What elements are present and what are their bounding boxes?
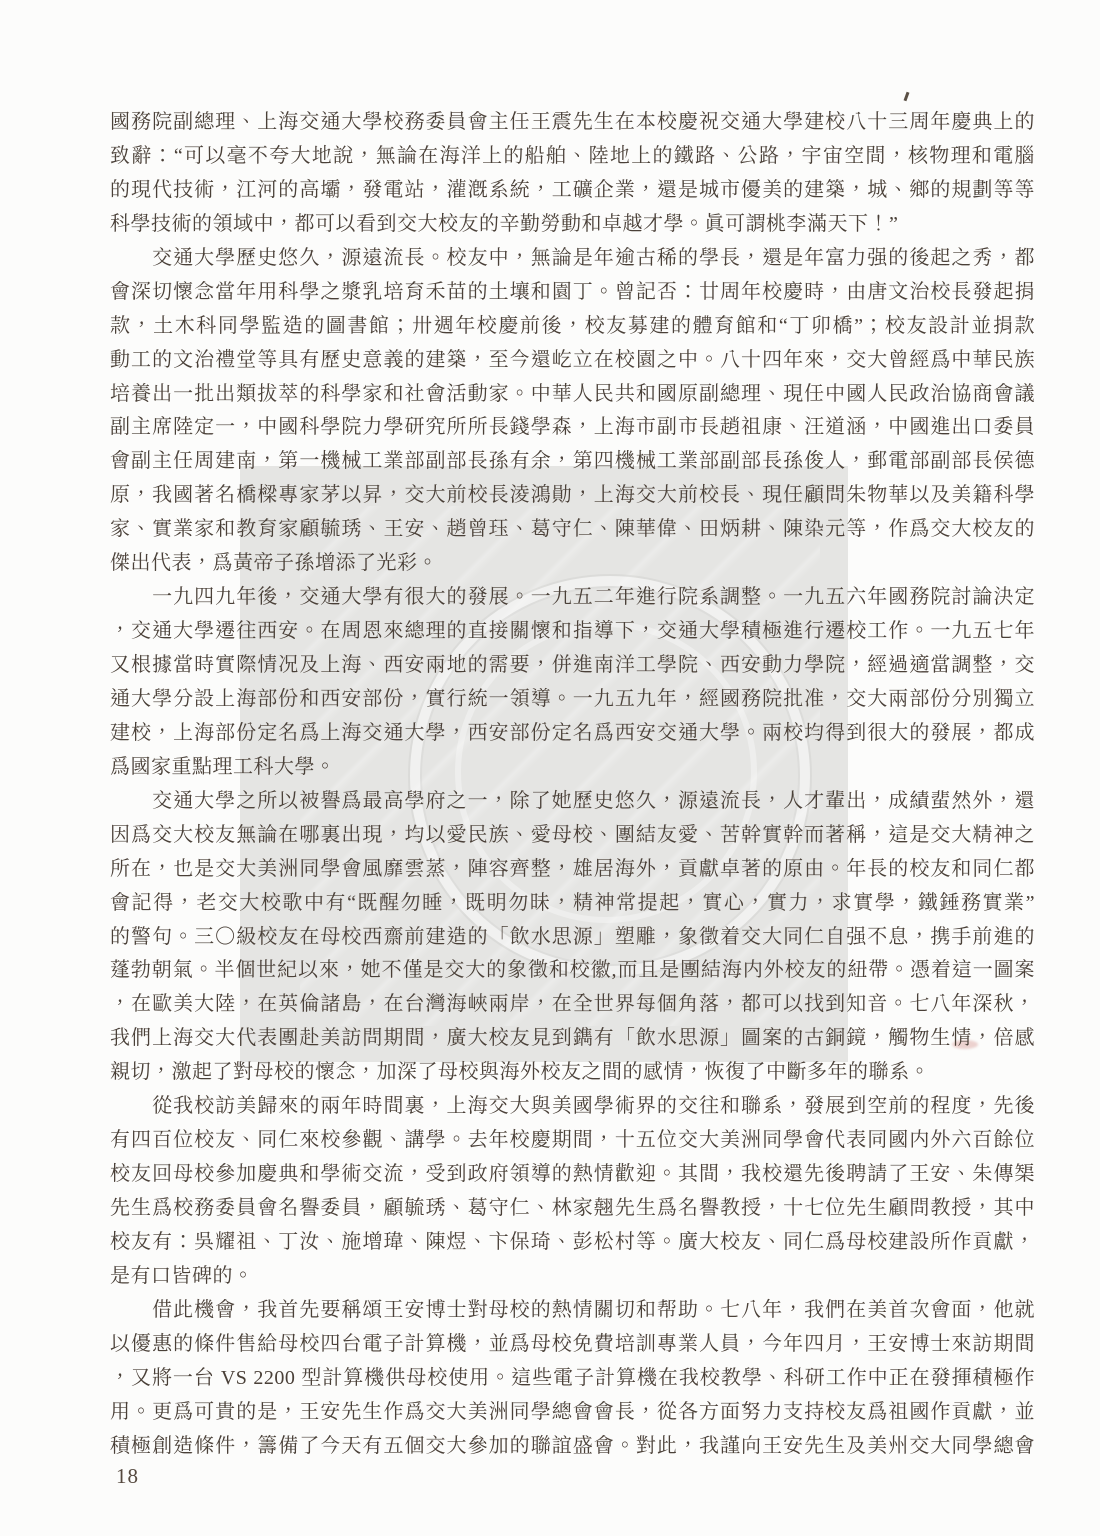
text-line: 通大學分設上海部份和西安部份，實行統一領導。一九五九年，經國務院批准，交大兩部份… [110,683,1035,717]
text-line: ，又將一台 VS 2200 型計算機供母校使用。這些電子計算機在我校教學、科研工… [110,1362,1035,1396]
text-line: 又根據當時實際情况及上海、西安兩地的需要，併進南洋工學院、西安動力學院，經過適當… [110,649,1035,683]
text-line: 所在，也是交大美洲同學會風靡雲蒸，陣容齊整，雄居海外，貢獻卓著的原由。年長的校友… [110,853,1035,887]
text-line: 借此機會，我首先要稱頌王安博士對母校的熱情關切和帮助。七八年，我們在美首次會面，… [110,1294,1035,1328]
text-line: 款，土木科同學監造的圖書館；卅週年校慶前後，校友募建的體育館和“丁卯橋”；校友設… [110,310,1035,344]
text-line: 家、實業家和教育家顧毓琇、王安、趙曾珏、葛守仁、陳華偉、田炳耕、陳染元等，作爲交… [110,513,1035,547]
text-line: 我們上海交大代表團赴美訪問期間，廣大校友見到鐫有「飲水思源」圖案的古銅鏡，觸物生… [110,1022,1035,1056]
text-line: 的警句。三〇級校友在母校西齋前建造的「飲水思源」塑雕，象徵着交大同仁自强不息，携… [110,921,1035,955]
text-line: 副主席陸定一，中國科學院力學研究所所長錢學森，上海市副市長趙祖康、汪道涵，中國進… [110,411,1035,445]
page-number: 18 [116,1464,139,1489]
scan-speck-artifact [904,92,910,101]
text-line: 傑出代表，爲黃帝子孫增添了光彩。 [110,547,1035,581]
text-line: 一九四九年後，交通大學有很大的發展。一九五二年進行院系調整。一九五六年國務院討論… [110,581,1035,615]
text-line: 會副主任周建南，第一機械工業部副部長孫有余，第四機械工業部副部長孫俊人，郵電部副… [110,445,1035,479]
text-line: 蓬勃朝氣。半個世紀以來，她不僅是交大的象徵和校徽,而且是團結海内外校友的紐帶。憑… [110,954,1035,988]
text-line: 有四百位校友、同仁來校參觀、講學。去年校慶期間，十五位交大美洲同學會代表同國内外… [110,1124,1035,1158]
text-line: 從我校訪美歸來的兩年時間裏，上海交大與美國學術界的交往和聯系，發展到空前的程度，… [110,1090,1035,1124]
text-line: 是有口皆碑的。 [110,1260,1035,1294]
text-line: 會記得，老交大校歌中有“既醒勿睡，既明勿昧，精神常提起，實心，實力，求實學，鐵錘… [110,887,1035,921]
text-line: 交通大學歷史悠久，源遠流長。校友中，無論是年逾古稀的學長，還是年富力强的後起之秀… [110,242,1035,276]
text-line: 國務院副總理、上海交通大學校務委員會主任王震先生在本校慶祝交通大學建校八十三周年… [110,106,1035,140]
text-line: 校友回母校參加慶典和學術交流，受到政府領導的熱情歡迎。其間，我校還先後聘請了王安… [110,1158,1035,1192]
text-line: 原，我國著名橋樑專家茅以昇，交大前校長淩鴻勛，上海交大前校長、現任顧問朱物華以及… [110,479,1035,513]
text-line: 的現代技術，江河的高壩，發電站，灌漑系統，工礦企業，還是城市優美的建築，城、鄉的… [110,174,1035,208]
text-line: 科學技術的領域中，都可以看到交大校友的辛勤勞動和卓越才學。眞可謂桃李滿天下！” [110,208,1035,242]
text-line: 用。更爲可貴的是，王安先生作爲交大美洲同學總會會長，從各方面努力支持校友爲祖國作… [110,1396,1035,1430]
scanned-document-page: 國務院副總理、上海交通大學校務委員會主任王震先生在本校慶祝交通大學建校八十三周年… [0,0,1100,1536]
text-line: 致辭：“可以毫不夸大地說，無論在海洋上的船舶、陸地上的鐵路、公路，宇宙空間，核物… [110,140,1035,174]
text-line: ，在歐美大陸，在英倫諸島，在台灣海峽兩岸，在全世界每個角落，都可以找到知音。七八… [110,988,1035,1022]
text-line: 爲國家重點理工科大學。 [110,751,1035,785]
text-line: 校友有：吳耀祖、丁汝、施增瑋、陳煜、卞保琦、彭松村等。廣大校友、同仁爲母校建設所… [110,1226,1035,1260]
text-line: 培養出一批出類拔萃的科學家和社會活動家。中華人民共和國原副總理、現任中國人民政治… [110,378,1035,412]
text-line: 會深切懷念當年用科學之漿乳培育禾苗的土壤和園丁。曾記否：廿周年校慶時，由唐文治校… [110,276,1035,310]
text-line: 動工的文治禮堂等具有歷史意義的建築，至今還屹立在校園之中。八十四年來，交大曾經爲… [110,344,1035,378]
text-line: 以優惠的條件售給母校四台電子計算機，並爲母校免費培訓專業人員，今年四月，王安博士… [110,1328,1035,1362]
text-line: ，交通大學遷往西安。在周恩來總理的直接關懷和指導下，交通大學積極進行遷校工作。一… [110,615,1035,649]
text-block: 國務院副總理、上海交通大學校務委員會主任王震先生在本校慶祝交通大學建校八十三周年… [110,106,1035,1464]
text-line: 建校，上海部份定名爲上海交通大學，西安部份定名爲西安交通大學。兩校均得到很大的發… [110,717,1035,751]
text-line: 積極創造條件，籌備了今天有五個交大參加的聯誼盛會。對此，我謹向王安先生及美州交大… [110,1430,1035,1464]
text-line: 先生爲校務委員會名譽委員，顧毓琇、葛守仁、林家翹先生爲名譽教授，十七位先生顧問教… [110,1192,1035,1226]
text-line: 因爲交大校友無論在哪裏出現，均以愛民族、愛母校、團結友愛、苦幹實幹而著稱，這是交… [110,819,1035,853]
text-line: 親切，激起了對母校的懷念，加深了母校與海外校友之間的感情，恢復了中斷多年的聯系。 [110,1056,1035,1090]
text-line: 交通大學之所以被譽爲最高學府之一，除了她歷史悠久，源遠流長，人才輩出，成績蜚然外… [110,785,1035,819]
